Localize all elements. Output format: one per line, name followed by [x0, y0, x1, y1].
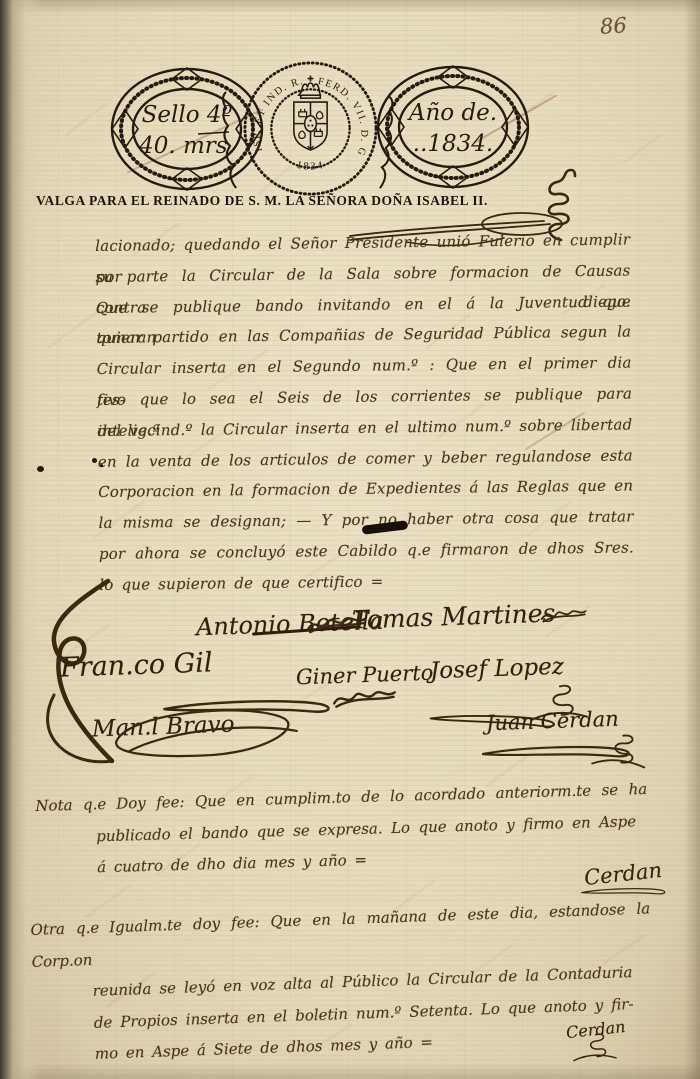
rubric-flourish	[480, 744, 638, 762]
stamp-caption: VALGA PARA EL REINADO DE S. M. LA SEÑORA…	[36, 193, 596, 209]
ink-spatter	[37, 466, 44, 472]
ano-label: Año de.	[407, 100, 497, 126]
showthrough-stroke	[47, 310, 99, 348]
sello-denomination: Sello 4º	[142, 102, 233, 128]
royal-seal: HISP. ET IND. R. · FERD. VII. D. G. · 18…	[242, 59, 379, 198]
seal-legend-text: HISP. ET IND. R. · FERD. VII. D. G.	[242, 59, 369, 158]
rubric-flourish	[556, 1032, 634, 1066]
body-line: lo que supieron de que certifico =	[99, 563, 634, 600]
manuscript-body: lacionado; quedando el Señor Presidente …	[95, 224, 634, 600]
document-page: 86 Sello 4º 40. mrs. HISP. ET IND. R. · …	[0, 0, 700, 1079]
rubric-flourish	[100, 700, 305, 766]
ano-stamp: Año de. ..1834.	[374, 64, 532, 191]
nota-label: Nota q.e	[35, 795, 106, 815]
otra-label: Otra q.e	[30, 919, 99, 939]
ano-year: ..1834.	[413, 131, 493, 157]
rubric-flourish	[540, 598, 588, 634]
svg-text:HISP. ET IND. R. · FERD. VII.: HISP. ET IND. R. · FERD. VII. D. G.	[242, 59, 369, 158]
folio-number: 86	[599, 13, 627, 39]
showthrough-stroke	[622, 134, 660, 164]
ink-spatter	[92, 458, 97, 463]
signature: Giner Puerto	[296, 661, 434, 690]
showthrough-stroke	[65, 102, 108, 136]
body-line: por ahora se concluyó este Cabildo q.e f…	[99, 532, 634, 569]
signature-name: Giner Puerto	[296, 661, 434, 690]
seal-year-text: · 1834 ·	[285, 156, 336, 173]
svg-text:· 1834 ·: · 1834 ·	[285, 156, 336, 173]
coat-of-arms-icon	[294, 102, 327, 150]
rubric-flourish	[295, 688, 435, 710]
signature: Fran.co Gil	[60, 647, 214, 683]
nota-annotation: Nota q.eDoy fee: Que en cumplim.to de lo…	[35, 774, 649, 886]
signature-name: Fran.co Gil	[60, 647, 214, 683]
ink-spatter	[100, 464, 103, 467]
